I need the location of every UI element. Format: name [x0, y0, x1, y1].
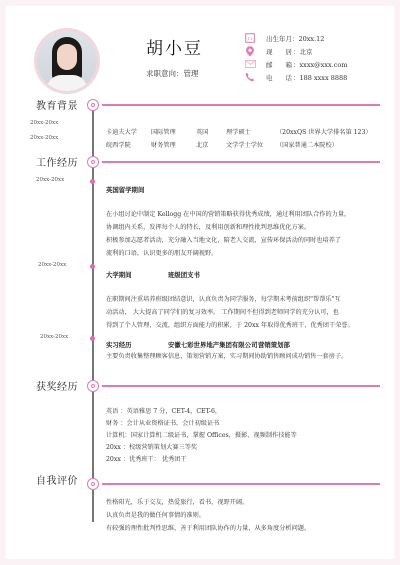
job-intent: 求职意向：管理: [146, 68, 199, 79]
section-marker-icon: [87, 478, 99, 490]
work-date: 20xx-20xx: [38, 262, 66, 268]
award-row: 英语 ：英语雅思 7 分，CET-4，CET-6，: [106, 406, 221, 415]
section-divider: [102, 161, 380, 163]
section-marker-icon: [87, 99, 99, 111]
candidate-name: 胡小豆: [146, 34, 203, 59]
work-date: 20xx-20xx: [36, 177, 64, 183]
timeline-dot: [90, 336, 95, 341]
section-marker-icon: [87, 156, 99, 168]
info-birth: 11 出生年月 ：20xx.12: [244, 32, 324, 44]
section-title-awards: 获奖经历: [36, 378, 78, 393]
work-date: 20xx-20xx: [40, 334, 68, 340]
timeline-dot: [90, 179, 95, 184]
section-divider: [102, 104, 380, 106]
job-description: 主要负责收集整理顾客信息，策划营销方案，实习期间协助销售顾问成功销售一套房子。: [106, 350, 381, 363]
award-row: 计算机：国家计算机二级证书，掌握 Offices，摄影，视频制作技能等: [106, 430, 297, 439]
job-description: 在小组讨论中制定 Kellogg 在中国的营销策略获得优秀成绩，通过利用团队合作…: [106, 208, 381, 260]
section-marker-icon: [87, 380, 99, 392]
edu-date: 20xx-20xx: [30, 120, 58, 126]
award-row: 财务 ：会计从业资格证书，会计初级证书: [106, 418, 219, 427]
timeline-dot: [90, 264, 95, 269]
location-pin-icon: [244, 45, 256, 57]
avatar: [34, 28, 100, 94]
self-eval-text: 性格阳光，乐于交友，热爱旅行，看书，视野开阔。 认真负责是我的做任何事情的准则。…: [106, 496, 381, 535]
info-email: 邮 箱 ：xxxx@xxx.com: [244, 58, 347, 70]
resume-page: 胡小豆 求职意向：管理 11 出生年月 ：20xx.12 现 居 ：北京 邮 箱…: [6, 6, 394, 559]
section-title-education: 教育背景: [36, 97, 78, 112]
section-divider: [102, 483, 380, 485]
award-row: 20xx ：优秀班干： 优秀团干: [106, 454, 187, 463]
svg-text:11: 11: [247, 36, 252, 41]
section-divider: [102, 385, 380, 387]
calendar-icon: 11: [244, 32, 256, 44]
edu-date: 20xx-20xx: [30, 135, 58, 141]
info-residence: 现 居 ：北京: [244, 45, 313, 57]
mail-icon: [244, 58, 256, 70]
phone-icon: [244, 71, 256, 83]
info-phone: 电 话 ：188 xxxx 8888: [244, 71, 347, 83]
award-row: 20xx ：校级营销策划大赛三等奖: [106, 442, 197, 451]
section-title-work: 工作经历: [36, 154, 78, 169]
portrait-photo: [37, 31, 97, 91]
job-description: 在职期间注重培养班级团结意识，认真负责为同学服务，每学期末考前组织"帮帮乐"互 …: [106, 293, 381, 332]
section-title-self-eval: 自我评价: [36, 472, 78, 487]
